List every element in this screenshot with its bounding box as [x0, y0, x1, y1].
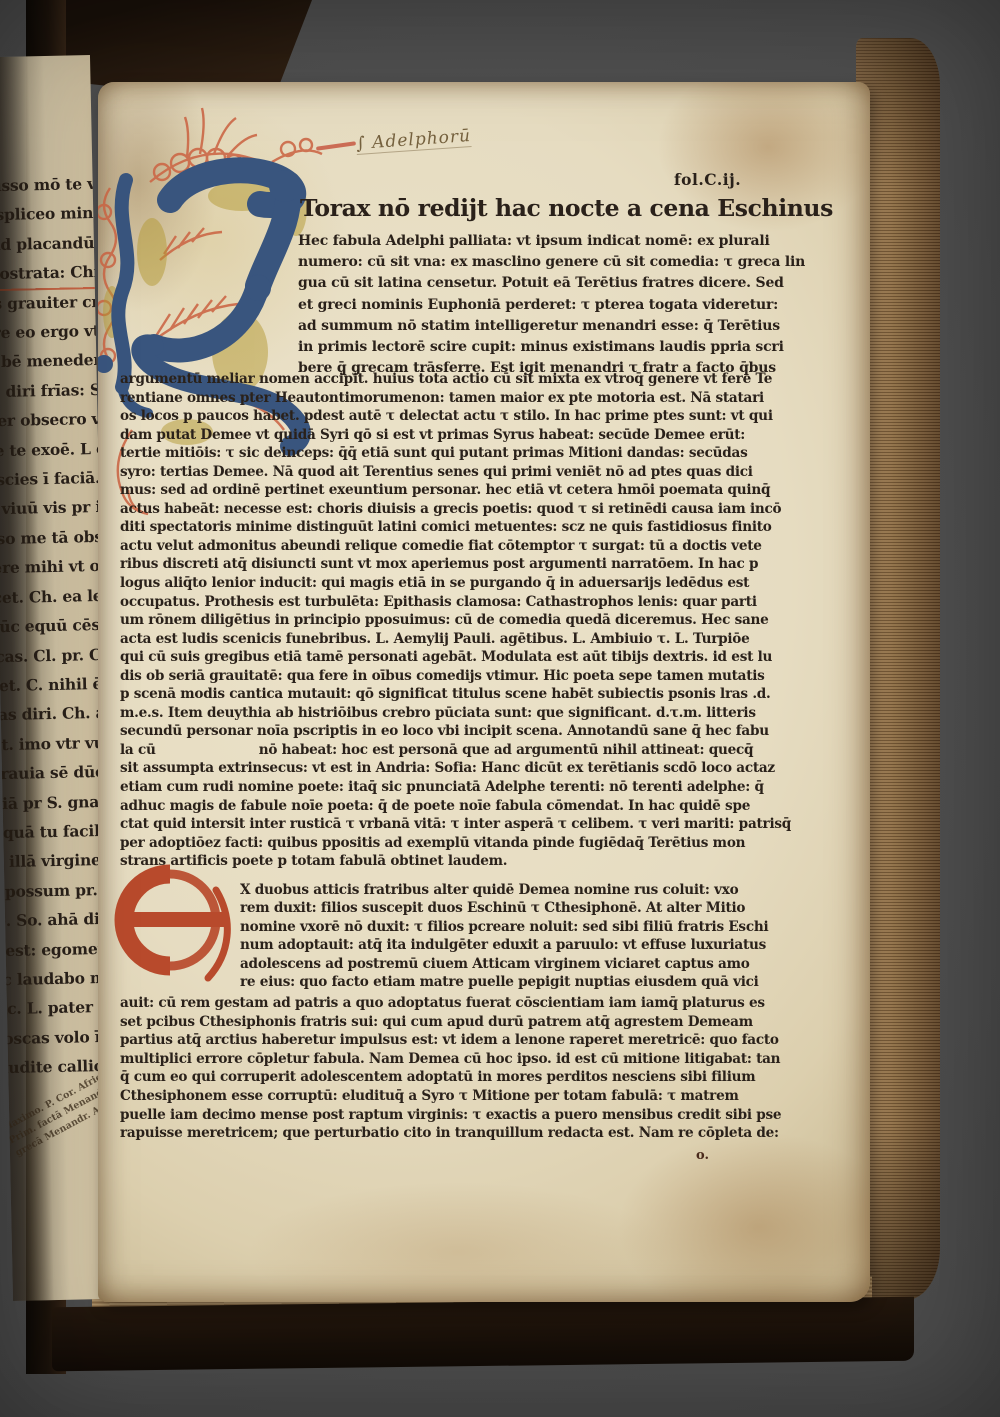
argumentum-line: adolescens ad postremū ciuem Atticam vir… [240, 955, 768, 973]
commentary-line: os locos p paucos habet. pdest autē τ de… [120, 407, 791, 426]
argumentum-block: auit: cū rem gestam ad patris a quo adop… [120, 994, 781, 1143]
argumentum-line: re eius: quo facto etiam matre puelle pe… [240, 973, 768, 991]
commentary-line: per adoptiōez facti: quibus ppositis ad … [120, 834, 791, 853]
right-page: ∫ Adelphorū fol.C.ij. [98, 82, 870, 1302]
argumentum-line: Cthesiphonem esse corruptū: eludituq̄ a … [120, 1087, 781, 1106]
commentary-line: in primis lectorē scire cupit: minus exi… [298, 337, 805, 358]
red-letterform [124, 874, 227, 978]
folio-number: fol.C.ij. [674, 170, 741, 189]
commentary-line: et greci nominis Euphoniā perderet: τ pt… [298, 295, 805, 316]
commentary-line: la cū nō habeat: hoc est personā que ad … [120, 741, 791, 760]
commentary-line: mus: sed ad ordinē pertinet exeuntium pe… [120, 481, 791, 500]
commentary-indented-block: Hec fabula Adelphi palliata: vt ipsum in… [298, 231, 805, 379]
commentary-line: m.e.s. Item deuythia ab histriōibus creb… [120, 704, 791, 723]
commentary-line: argumentū meliar nomen accipit. huius to… [120, 370, 791, 389]
argumentum-line: set pcibus Cthesiphonis fratris sui: qui… [120, 1013, 781, 1032]
commentary-line: secundū personar noīa pscriptis in eo lo… [120, 722, 791, 741]
commentary-line: syro: tertias Demee. Nā quod ait Terenti… [120, 463, 791, 482]
commentary-line: rentiane omnes pter Heautontimorumenon: … [120, 389, 791, 408]
commentary-line: numero: cū sit vna: ex masclino genere c… [298, 252, 805, 273]
commentary-line: um rōnem diligētius in principio pposuim… [120, 611, 791, 630]
bottom-stain [248, 1182, 668, 1302]
commentary-line: tertie mitiōis: τ sic deinceps: q̄q̄ eti… [120, 444, 791, 463]
commentary-block: argumentū meliar nomen accipit. huius to… [120, 370, 791, 871]
argumentum-line: num adoptauit: atq̄ ita indulgēter eduxi… [240, 936, 768, 954]
argumentum-line: multiplici errore cōpletur fabula. Nam D… [120, 1050, 781, 1069]
commentary-line: p scenā modis cantica mutauit: qō signif… [120, 685, 791, 704]
commentary-line: dam putat Demee vt quidā Syri qō si est … [120, 426, 791, 445]
commentary-line: qui cū suis gregibus etiā tamē personati… [120, 648, 791, 667]
commentary-line: actu velut admonitus abeundi relique com… [120, 537, 791, 556]
photograph-of-incunable-book: d misso mō te vidite displiceo minimāpā … [0, 0, 1000, 1417]
commentary-line: occupatus. Prothesis est turbulēta: Epit… [120, 593, 791, 612]
argumentum-line: rem duxit: filios suscepit duos Eschinū … [240, 899, 768, 917]
commentary-line: diti spectatoris minime distinguūt latin… [120, 518, 791, 537]
commentary-line: sit assumpta extrinsecus: vt est in Andr… [120, 759, 791, 778]
incipit-line: Torax nō redijt hac nocte a cena Eschinu… [300, 194, 833, 222]
commentary-line: logus aliq̄to lenior inducit: qui magis … [120, 574, 791, 593]
commentary-line: actus habeāt: necesse est: choris diuisi… [120, 500, 791, 519]
commentary-line: etiam cum rudi nomine poete: itaq̄ sic p… [120, 778, 791, 797]
commentary-line: acta est ludis scenicis funebribus. L. A… [120, 630, 791, 649]
rubricated-initial-e [112, 862, 236, 984]
argumentum-line: partius atq̄ arctius haberetur impulsus … [120, 1031, 781, 1050]
commentary-line: dis ob seriā grauitatē: qua fere in oību… [120, 667, 791, 686]
signature-mark: o. [696, 1148, 709, 1163]
commentary-line: adhuc magis de fabule noīe poeta: q̄ de … [120, 797, 791, 816]
commentary-line: ribus discreti atq̄ disiuncti sunt vt mo… [120, 555, 791, 574]
commentary-line: Hec fabula Adelphi palliata: vt ipsum in… [298, 231, 805, 252]
corner-stain-bottom-right [618, 1132, 870, 1302]
argumentum-line: auit: cū rem gestam ad patris a quo adop… [120, 994, 781, 1013]
argumentum-line: X duobus atticis fratribus alter quidē D… [240, 881, 768, 899]
handwritten-annotation: ∫ Adelphorū [355, 126, 471, 155]
argumentum-line: nomine vxorē nō duxit: τ filios pcreare … [240, 918, 768, 936]
argumentum-line: rapuisse meretricem; que perturbatio cit… [120, 1124, 781, 1143]
argumentum-indented-block: X duobus atticis fratribus alter quidē D… [240, 881, 768, 991]
book-cover-bottom [52, 1297, 914, 1372]
argumentum-line: puelle iam decimo mense post raptum virg… [120, 1106, 781, 1125]
commentary-line: ad summum nō statim intelligeretur menan… [298, 316, 805, 337]
commentary-line: gua cū sit latina censetur. Potuit eā Te… [298, 273, 805, 294]
commentary-line: ctat quid intersit inter rusticā τ vrban… [120, 815, 791, 834]
argumentum-line: q̄ cum eo qui corruperit adolescentem ad… [120, 1068, 781, 1087]
